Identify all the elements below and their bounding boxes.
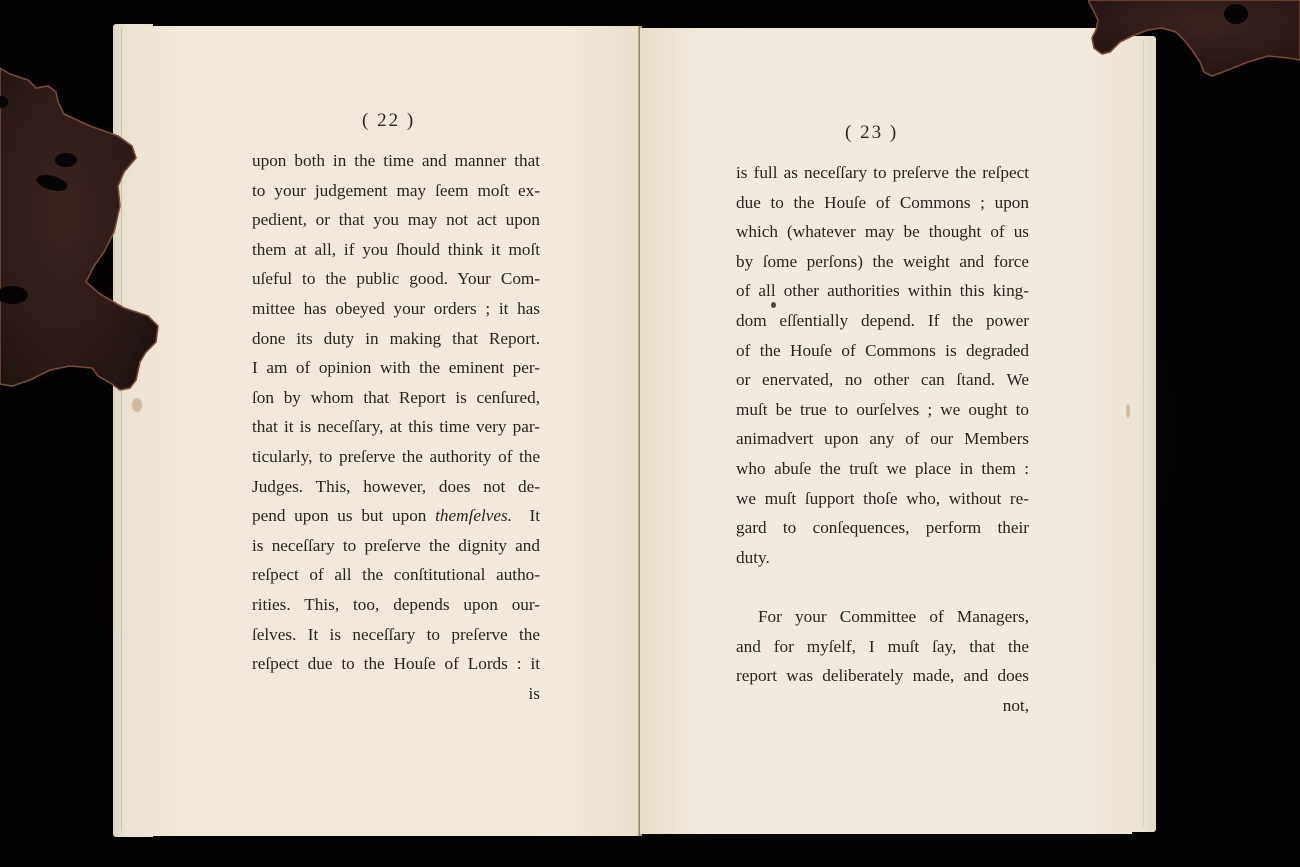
text-line: uſeful to the public good. Your Com- bbox=[252, 264, 540, 294]
text-line: by ſome perſons) the weight and force bbox=[736, 247, 1029, 277]
italic-word: themſelves. bbox=[435, 506, 512, 525]
text-line: them at all, if you ſhould think it moſt bbox=[252, 235, 540, 265]
text-line: ſelves. It is neceſſary to preſerve the bbox=[252, 620, 540, 650]
text-line: who abuſe the truſt we place in them : bbox=[736, 454, 1029, 484]
text-line: ſon by whom that Report is cenſured, bbox=[252, 383, 540, 413]
text-line: animadvert upon any of our Members bbox=[736, 424, 1029, 454]
ink-speck bbox=[771, 302, 776, 308]
text-line: gard to conſequences, perform their bbox=[736, 513, 1029, 543]
left-page-text: upon both in the time and manner that to… bbox=[252, 146, 540, 708]
text-line: reſpect due to the Houſe of Lords : it bbox=[252, 649, 540, 679]
catchword-right: not, bbox=[736, 691, 1029, 721]
text-line: to your judgement may ſeem moſt ex- bbox=[252, 176, 540, 206]
page-number-left: ( 22 ) bbox=[362, 110, 415, 132]
text-line: rities. This, too, depends upon our- bbox=[252, 590, 540, 620]
text-line: ticularly, to preſerve the authority of … bbox=[252, 442, 540, 472]
text-line: pedient, or that you may not act upon bbox=[252, 205, 540, 235]
left-page: ( 22 ) upon both in the time and manner … bbox=[128, 26, 640, 836]
catchword-left: is bbox=[252, 679, 540, 709]
text-line: dom eſſentially depend. If the power bbox=[736, 306, 1029, 336]
text-line: mittee has obeyed your orders ; it has bbox=[252, 294, 540, 324]
text-line-with-italic: pend upon us but upon themſelves. It bbox=[252, 501, 540, 531]
text-line: and for myſelf, I muſt ſay, that the bbox=[736, 632, 1029, 662]
page-weight-left bbox=[0, 62, 165, 397]
text-line: that it is neceſſary, at this time very … bbox=[252, 412, 540, 442]
text-line: we muſt ſupport thoſe who, without re- bbox=[736, 484, 1029, 514]
text-line: report was deliberately made, and does bbox=[736, 661, 1029, 691]
text-line: is full as neceſſary to preſerve the reſ… bbox=[736, 158, 1029, 188]
text-line: of all other authorities within this kin… bbox=[736, 276, 1029, 306]
text-line: due to the Houſe of Commons ; upon bbox=[736, 188, 1029, 218]
right-page-text: is full as neceſſary to preſerve the reſ… bbox=[736, 158, 1029, 720]
text-line: upon both in the time and manner that bbox=[252, 146, 540, 176]
text-line: For your Committee of Managers, bbox=[736, 602, 1029, 632]
paper-stain bbox=[1126, 404, 1130, 418]
text-line: or enervated, no other can ſtand. We bbox=[736, 365, 1029, 395]
text-segment: pend upon us but upon bbox=[252, 506, 435, 525]
text-line: which (whatever may be thought of us bbox=[736, 217, 1029, 247]
text-line: muſt be true to ourſelves ; we ought to bbox=[736, 395, 1029, 425]
text-line: duty. bbox=[736, 543, 1029, 573]
page-weight-top-right bbox=[1088, 0, 1300, 80]
page-number-right: ( 23 ) bbox=[845, 122, 898, 144]
text-line: of the Houſe of Commons is degraded bbox=[736, 336, 1029, 366]
text-line: Judges. This, however, does not de- bbox=[252, 472, 540, 502]
text-line: I am of opinion with the eminent per- bbox=[252, 353, 540, 383]
right-page: ( 23 ) is full as neceſſary to preſerve … bbox=[640, 28, 1132, 834]
text-line: is neceſſary to preſerve the dignity and bbox=[252, 531, 540, 561]
text-segment: It bbox=[512, 506, 540, 525]
text-line: done its duty in making that Report. bbox=[252, 324, 540, 354]
text-line: reſpect of all the conſtitutional autho- bbox=[252, 560, 540, 590]
book-photo-scene: ( 22 ) upon both in the time and manner … bbox=[0, 0, 1300, 867]
paper-stain bbox=[132, 398, 142, 412]
